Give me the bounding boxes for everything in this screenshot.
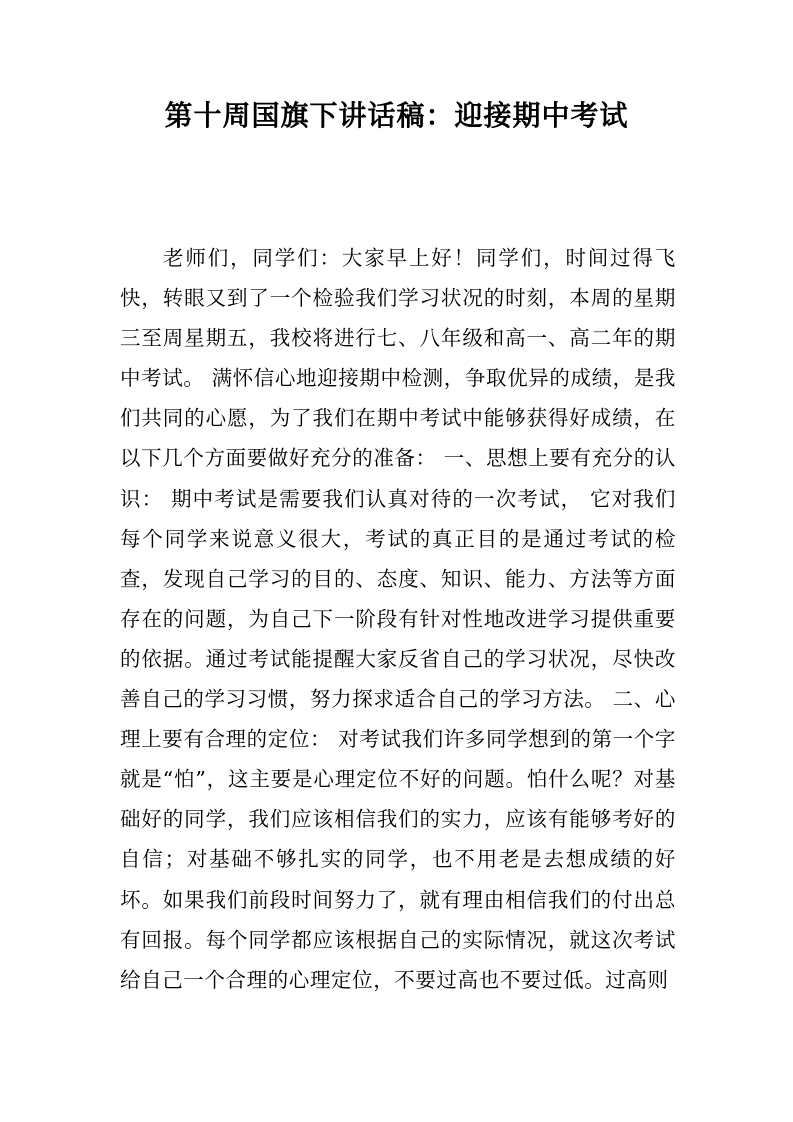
- document-page: 第十周国旗下讲话稿：迎接期中考试 老师们，同学们：大家早上好！同学们，时间过得飞…: [0, 0, 793, 1122]
- body-paragraph: 老师们，同学们：大家早上好！同学们，时间过得飞快，转眼又到了一个检验我们学习状况…: [120, 238, 676, 1000]
- document-title: 第十周国旗下讲话稿：迎接期中考试: [0, 96, 793, 136]
